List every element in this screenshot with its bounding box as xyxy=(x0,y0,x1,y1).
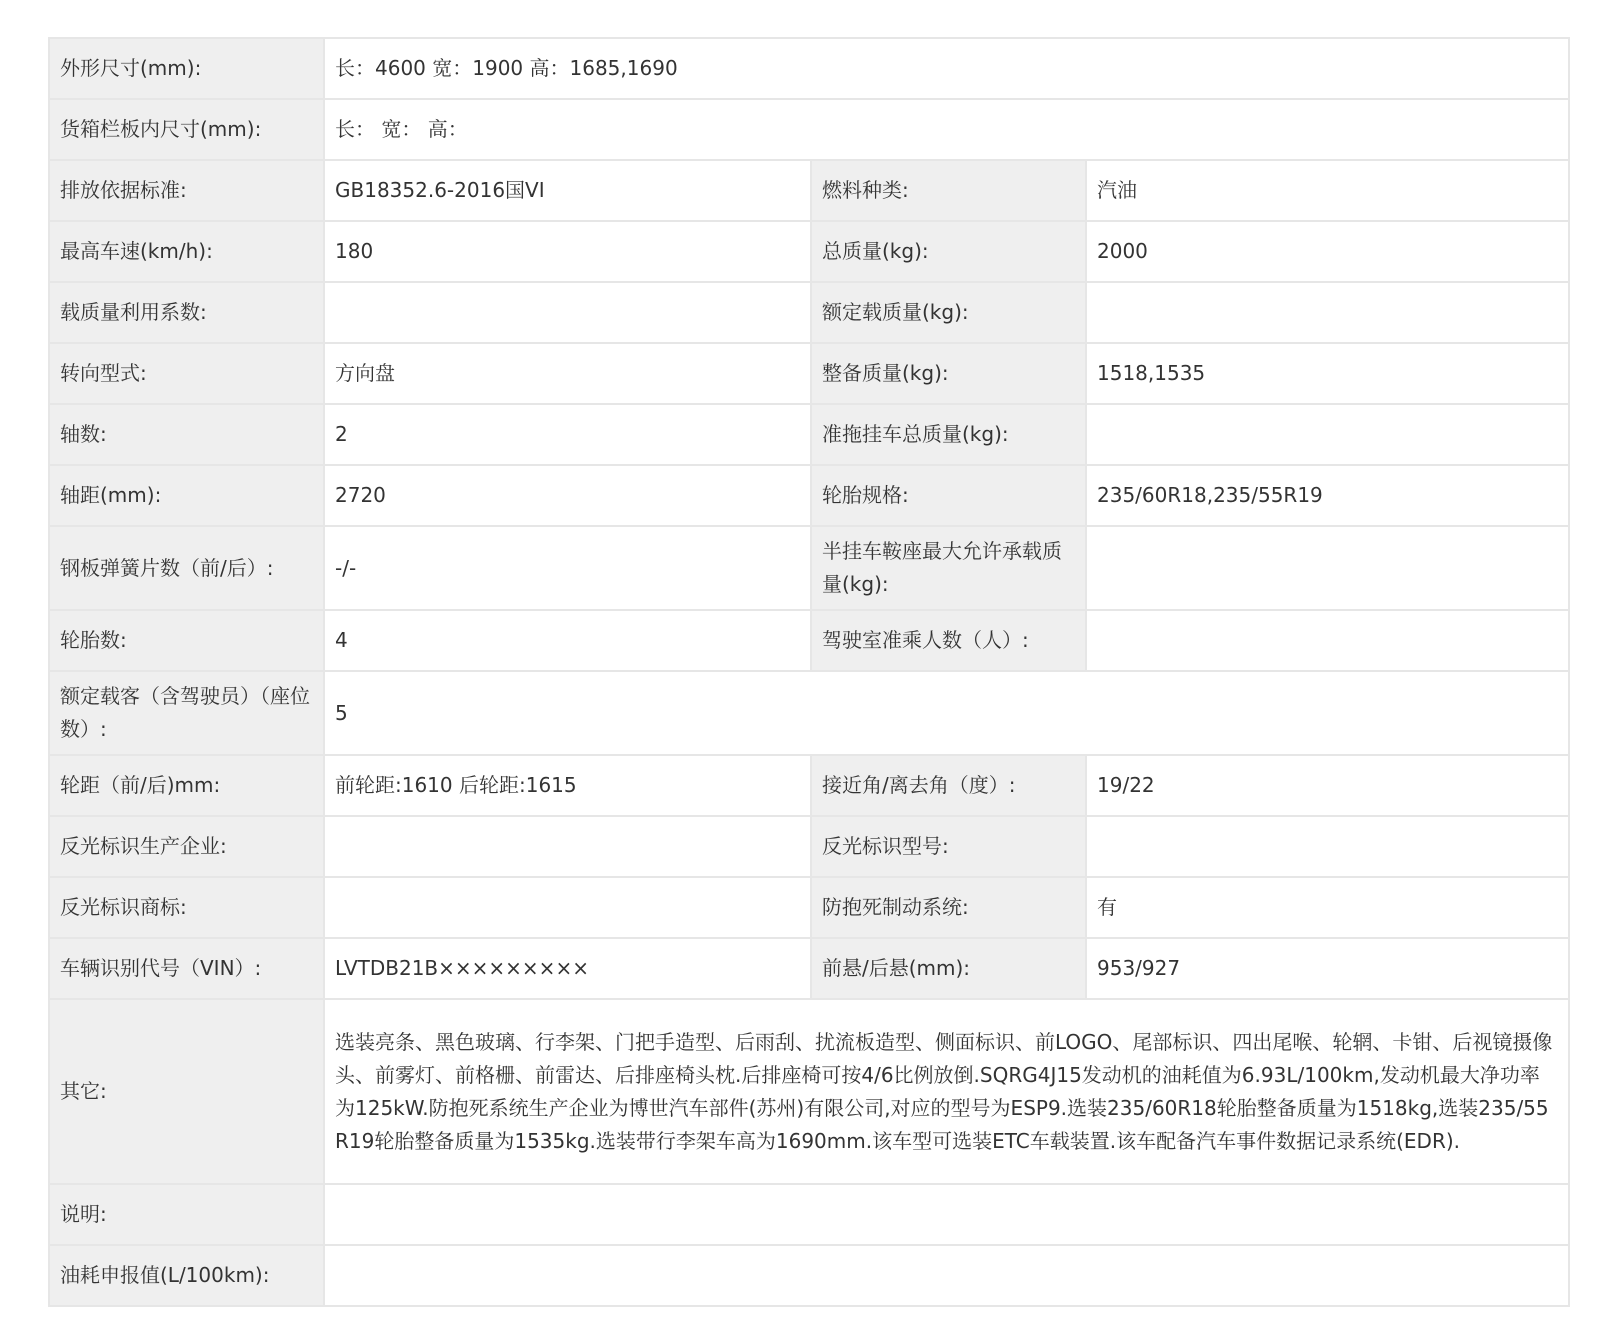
row-leaf-spring-saddle: 钢板弹簧片数（前/后）: -/- 半挂车鞍座最大允许承载质量(kg): xyxy=(49,526,1569,610)
value-track: 前轮距:1610 后轮距:1615 xyxy=(324,755,811,816)
row-reflector-brand-abs: 反光标识商标: 防抱死制动系统: 有 xyxy=(49,877,1569,938)
label-approach-departure: 接近角/离去角（度）: xyxy=(811,755,1086,816)
label-max-speed: 最高车速(km/h): xyxy=(49,221,324,282)
label-trailer-mass: 准拖挂车总质量(kg): xyxy=(811,404,1086,465)
row-notes: 说明: xyxy=(49,1184,1569,1245)
label-seating: 额定载客（含驾驶员）（座位数）: xyxy=(49,671,324,755)
value-max-speed: 180 xyxy=(324,221,811,282)
label-track: 轮距（前/后)mm: xyxy=(49,755,324,816)
label-axles: 轴数: xyxy=(49,404,324,465)
value-reflector-brand xyxy=(324,877,811,938)
value-overhang: 953/927 xyxy=(1086,938,1569,999)
value-seating: 5 xyxy=(324,671,1569,755)
value-load-coefficient xyxy=(324,282,811,343)
label-cargo-dimensions: 货箱栏板内尺寸(mm): xyxy=(49,99,324,160)
value-abs: 有 xyxy=(1086,877,1569,938)
label-fuel-type: 燃料种类: xyxy=(811,160,1086,221)
value-wheelbase: 2720 xyxy=(324,465,811,526)
value-fuel-consumption xyxy=(324,1245,1569,1306)
label-load-coefficient: 载质量利用系数: xyxy=(49,282,324,343)
label-emission-standard: 排放依据标准: xyxy=(49,160,324,221)
row-other: 其它: 选装亮条、黑色玻璃、行李架、门把手造型、后雨刮、扰流板造型、侧面标识、前… xyxy=(49,999,1569,1184)
label-abs: 防抱死制动系统: xyxy=(811,877,1086,938)
value-fuel-type: 汽油 xyxy=(1086,160,1569,221)
value-cargo-dimensions: 长： 宽： 高： xyxy=(324,99,1569,160)
value-cab-occupants xyxy=(1086,610,1569,671)
label-tire-count: 轮胎数: xyxy=(49,610,324,671)
label-reflector-maker: 反光标识生产企业: xyxy=(49,816,324,877)
value-saddle-load xyxy=(1086,526,1569,610)
label-notes: 说明: xyxy=(49,1184,324,1245)
value-other: 选装亮条、黑色玻璃、行李架、门把手造型、后雨刮、扰流板造型、侧面标识、前LOGO… xyxy=(324,999,1569,1184)
label-saddle-load: 半挂车鞍座最大允许承载质量(kg): xyxy=(811,526,1086,610)
value-tire-spec: 235/60R18,235/55R19 xyxy=(1086,465,1569,526)
value-reflector-maker xyxy=(324,816,811,877)
value-reflector-model xyxy=(1086,816,1569,877)
label-cab-occupants: 驾驶室准乘人数（人）: xyxy=(811,610,1086,671)
value-approach-departure: 19/22 xyxy=(1086,755,1569,816)
row-steering-curb: 转向型式: 方向盘 整备质量(kg): 1518,1535 xyxy=(49,343,1569,404)
row-axles-trailer: 轴数: 2 准拖挂车总质量(kg): xyxy=(49,404,1569,465)
value-rated-load xyxy=(1086,282,1569,343)
label-wheelbase: 轴距(mm): xyxy=(49,465,324,526)
row-dimensions: 外形尺寸(mm): 长：4600 宽：1900 高：1685,1690 xyxy=(49,38,1569,99)
label-reflector-model: 反光标识型号: xyxy=(811,816,1086,877)
value-vin: LVTDB21B××××××××× xyxy=(324,938,811,999)
value-total-mass: 2000 xyxy=(1086,221,1569,282)
label-vin: 车辆识别代号（VIN）: xyxy=(49,938,324,999)
vehicle-spec-table: 外形尺寸(mm): 长：4600 宽：1900 高：1685,1690 货箱栏板… xyxy=(48,37,1570,1307)
label-leaf-springs: 钢板弹簧片数（前/后）: xyxy=(49,526,324,610)
label-curb-mass: 整备质量(kg): xyxy=(811,343,1086,404)
row-wheelbase-tires: 轴距(mm): 2720 轮胎规格: 235/60R18,235/55R19 xyxy=(49,465,1569,526)
label-dimensions: 外形尺寸(mm): xyxy=(49,38,324,99)
label-tire-spec: 轮胎规格: xyxy=(811,465,1086,526)
row-reflector-maker: 反光标识生产企业: 反光标识型号: xyxy=(49,816,1569,877)
label-total-mass: 总质量(kg): xyxy=(811,221,1086,282)
row-emission-fuel: 排放依据标准: GB18352.6-2016国VI 燃料种类: 汽油 xyxy=(49,160,1569,221)
value-notes xyxy=(324,1184,1569,1245)
value-steering: 方向盘 xyxy=(324,343,811,404)
label-steering: 转向型式: xyxy=(49,343,324,404)
label-rated-load: 额定载质量(kg): xyxy=(811,282,1086,343)
row-vin-overhang: 车辆识别代号（VIN）: LVTDB21B××××××××× 前悬/后悬(mm)… xyxy=(49,938,1569,999)
row-track-angles: 轮距（前/后)mm: 前轮距:1610 后轮距:1615 接近角/离去角（度）:… xyxy=(49,755,1569,816)
label-overhang: 前悬/后悬(mm): xyxy=(811,938,1086,999)
label-fuel-consumption: 油耗申报值(L/100km): xyxy=(49,1245,324,1306)
value-tire-count: 4 xyxy=(324,610,811,671)
value-emission-standard: GB18352.6-2016国VI xyxy=(324,160,811,221)
label-reflector-brand: 反光标识商标: xyxy=(49,877,324,938)
value-leaf-springs: -/- xyxy=(324,526,811,610)
value-curb-mass: 1518,1535 xyxy=(1086,343,1569,404)
value-dimensions: 长：4600 宽：1900 高：1685,1690 xyxy=(324,38,1569,99)
value-axles: 2 xyxy=(324,404,811,465)
value-trailer-mass xyxy=(1086,404,1569,465)
label-other: 其它: xyxy=(49,999,324,1184)
row-seating: 额定载客（含驾驶员）（座位数）: 5 xyxy=(49,671,1569,755)
row-tire-count-cab: 轮胎数: 4 驾驶室准乘人数（人）: xyxy=(49,610,1569,671)
row-load-coefficient: 载质量利用系数: 额定载质量(kg): xyxy=(49,282,1569,343)
row-speed-mass: 最高车速(km/h): 180 总质量(kg): 2000 xyxy=(49,221,1569,282)
row-cargo-dimensions: 货箱栏板内尺寸(mm): 长： 宽： 高： xyxy=(49,99,1569,160)
row-fuel-consumption: 油耗申报值(L/100km): xyxy=(49,1245,1569,1306)
